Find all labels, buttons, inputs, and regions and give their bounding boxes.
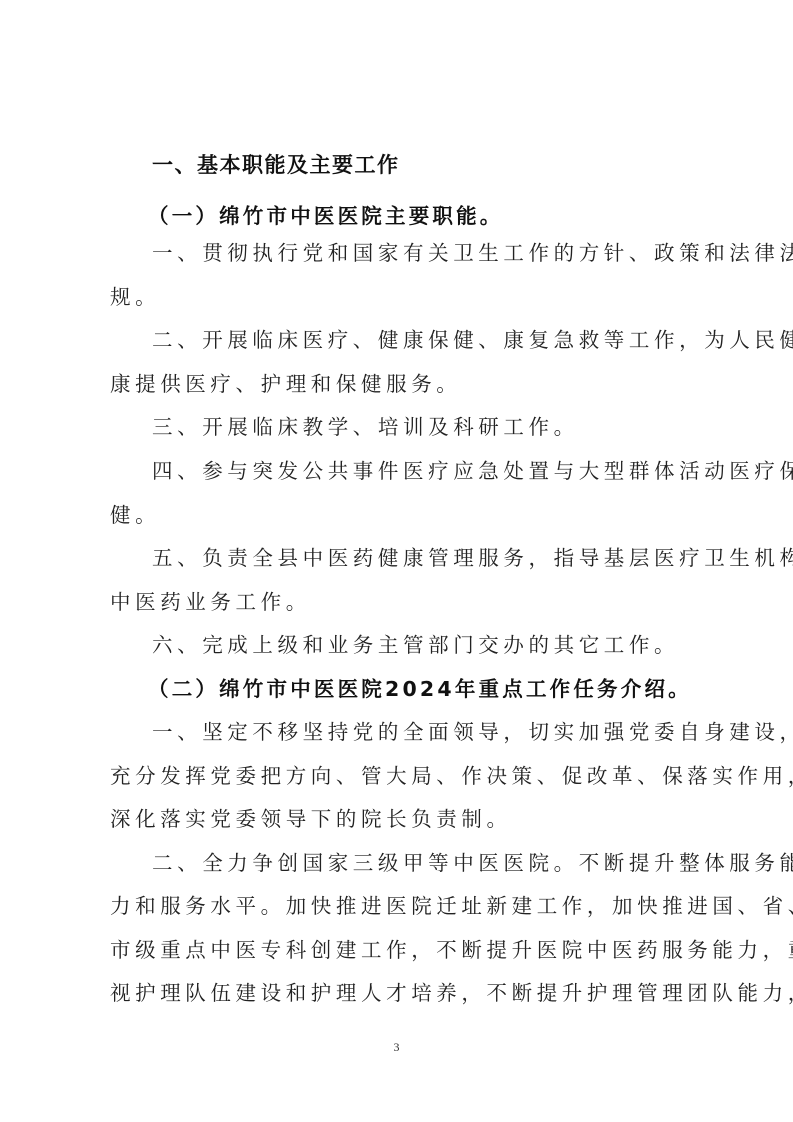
paragraph-line: 力和服务水平。加快推进医院迁址新建工作，加快推进国、省、 — [110, 893, 793, 919]
paragraph-line: 六、完成上级和业务主管部门交办的其它工作。 — [152, 632, 679, 658]
paragraph-line: 康提供医疗、护理和保健服务。 — [110, 371, 461, 397]
paragraph-line: 四、参与突发公共事件医疗应急处置与大型群体活动医疗保 — [152, 458, 793, 484]
paragraph-line: 视护理队伍建设和护理人才培养，不断提升护理管理团队能力， — [110, 980, 793, 1006]
paragraph-line: 五、负责全县中医药健康管理服务，指导基层医疗卫生机构 — [152, 545, 793, 571]
page-number: 3 — [0, 1040, 793, 1055]
paragraph-line: 深化落实党委领导下的院长负责制。 — [110, 806, 512, 832]
paragraph-line: 规。 — [110, 284, 160, 310]
paragraph-line: 市级重点中医专科创建工作，不断提升医院中医药服务能力，重 — [110, 937, 793, 963]
paragraph-line: 充分发挥党委把方向、管大局、作决策、促改革、保落实作用， — [110, 763, 793, 789]
paragraph-line: 健。 — [110, 502, 160, 528]
heading-basic-functions: 一、基本职能及主要工作 — [152, 152, 400, 178]
section-title-key-tasks-2024: （二）绵竹市中医医院2024年重点工作任务介绍。 — [148, 676, 692, 702]
paragraph-line: 二、开展临床医疗、健康保健、康复急救等工作，为人民健 — [152, 327, 793, 353]
section-title-main-functions: （一）绵竹市中医医院主要职能。 — [148, 203, 504, 229]
paragraph-line: 一、坚定不移坚持党的全面领导，切实加强党委自身建设， — [152, 719, 793, 745]
paragraph-line: 二、全力争创国家三级甲等中医医院。不断提升整体服务能 — [152, 850, 793, 876]
paragraph-line: 三、开展临床教学、培训及科研工作。 — [152, 414, 579, 440]
paragraph-line: 一、贯彻执行党和国家有关卫生工作的方针、政策和法律法 — [152, 240, 793, 266]
paragraph-line: 中医药业务工作。 — [110, 589, 311, 615]
document-page: 一、基本职能及主要工作 （一）绵竹市中医医院主要职能。 一、贯彻执行党和国家有关… — [0, 0, 793, 1122]
